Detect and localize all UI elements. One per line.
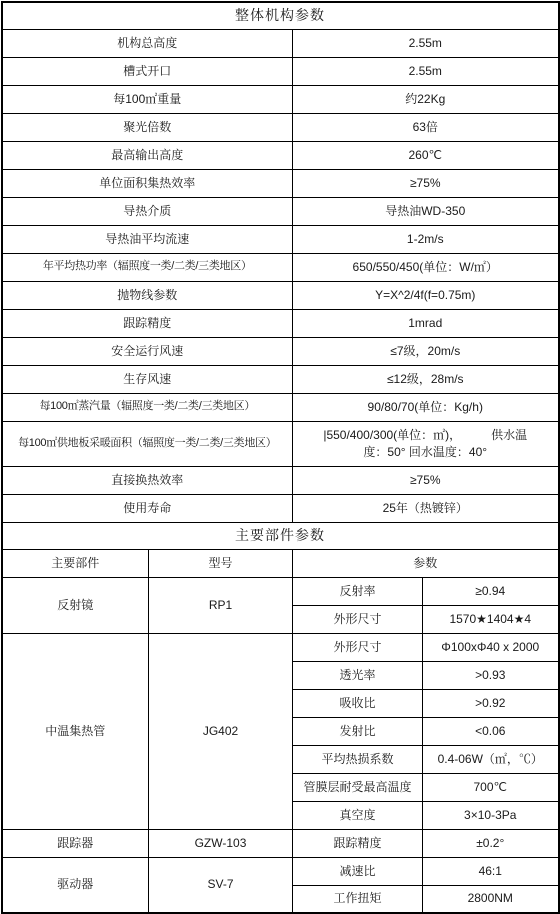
section2-header-row: 主要部件 型号 参数 [2,549,559,577]
spec-value: 1-2m/s [293,225,559,253]
component-name: 反射镜 [2,577,149,633]
spec-value: 2.55m [293,29,559,57]
spec-value: ≤7级，20m/s [293,337,559,365]
param-label: 工作扭矩 [293,885,423,913]
spec-row: 每100㎡蒸汽量（辐照度一类/二类/三类地区） 90/80/70(单位：Kg/h… [2,393,559,421]
spec-value: 约22Kg [293,85,559,113]
spec-label: 最高输出高度 [2,141,293,169]
spec-label: 生存风速 [2,365,293,393]
spec-value: 650/550/450(单位：W/㎡） [293,253,559,281]
spec-label: 导热油平均流速 [2,225,293,253]
param-label: 外形尺寸 [293,605,423,633]
component-row: 中温集热管 JG402 外形尺寸 Φ100xΦ40 x 2000 [2,633,559,661]
header-component: 主要部件 [2,549,149,577]
param-value: 1570★1404★4 [423,605,559,633]
spec-label: 直接换热效率 [2,466,293,494]
spec-row: 机构总高度 2.55m [2,29,559,57]
spec-label: 机构总高度 [2,29,293,57]
component-model: JG402 [149,633,293,829]
spec-value: 63倍 [293,113,559,141]
param-value: 2800NM [423,885,559,913]
spec-table: 整体机构参数 机构总高度 2.55m 槽式开口 2.55m 每100㎡重量 约2… [1,1,560,914]
component-name: 跟踪器 [2,829,149,857]
component-model: RP1 [149,577,293,633]
component-name: 中温集热管 [2,633,149,829]
spec-value: ≥75% [293,466,559,494]
component-model: GZW-103 [149,829,293,857]
param-label: 透光率 [293,661,423,689]
component-row: 反射镜 RP1 反射率 ≥0.94 [2,577,559,605]
spec-label: 每100㎡蒸汽量（辐照度一类/二类/三类地区） [2,393,293,421]
param-label: 管膜层耐受最高温度 [293,773,423,801]
spec-row: 抛物线参数 Y=X^2/4f(f=0.75m) [2,281,559,309]
spec-row: 单位面积集热效率 ≥75% [2,169,559,197]
param-label: 平均热损系数 [293,745,423,773]
spec-label: 单位面积集热效率 [2,169,293,197]
spec-row: 跟踪精度 1mrad [2,309,559,337]
spec-value: 90/80/70(单位：Kg/h) [293,393,559,421]
spec-label: 安全运行风速 [2,337,293,365]
spec-label: 聚光倍数 [2,113,293,141]
component-model: SV-7 [149,857,293,913]
spec-value: Y=X^2/4f(f=0.75m) [293,281,559,309]
spec-label: 导热介质 [2,197,293,225]
param-value: 0.4-06W（㎡，℃） [423,745,559,773]
spec-label: 跟踪精度 [2,309,293,337]
spec-value: ≤12级，28m/s [293,365,559,393]
param-label: 跟踪精度 [293,829,423,857]
spec-row: 最高输出高度 260℃ [2,141,559,169]
spec-row: 每100㎡重量 约22Kg [2,85,559,113]
param-value: Φ100xΦ40 x 2000 [423,633,559,661]
spec-row: 安全运行风速 ≤7级，20m/s [2,337,559,365]
spec-row: 年平均热功率（辐照度一类/二类/三类地区） 650/550/450(单位：W/㎡… [2,253,559,281]
section2-title: 主要部件参数 [2,522,559,549]
spec-row: 导热油平均流速 1-2m/s [2,225,559,253]
spec-value: 2.55m [293,57,559,85]
header-params: 参数 [293,549,559,577]
spec-value: 25年（热镀锌） [293,494,559,522]
section1-title-row: 整体机构参数 [2,2,559,29]
spec-row: 直接换热效率 ≥75% [2,466,559,494]
param-label: 发射比 [293,717,423,745]
component-row: 驱动器 SV-7 减速比 46:1 [2,857,559,885]
param-value: ≥0.94 [423,577,559,605]
param-value: >0.93 [423,661,559,689]
param-label: 吸收比 [293,689,423,717]
section2-title-row: 主要部件参数 [2,522,559,549]
spec-value: 1mrad [293,309,559,337]
spec-sheet: 整体机构参数 机构总高度 2.55m 槽式开口 2.55m 每100㎡重量 约2… [0,1,560,912]
spec-row: 聚光倍数 63倍 [2,113,559,141]
param-value: <0.06 [423,717,559,745]
spec-value: 导热油WD-350 [293,197,559,225]
param-value: 700℃ [423,773,559,801]
param-value: ±0.2° [423,829,559,857]
component-name: 驱动器 [2,857,149,913]
param-value: 46:1 [423,857,559,885]
section1-title: 整体机构参数 [2,2,559,29]
component-row: 跟踪器 GZW-103 跟踪精度 ±0.2° [2,829,559,857]
spec-value: |550/400/300(单位：㎡)， 供水温 度：50° 回水温度：40° [293,421,559,466]
header-model: 型号 [149,549,293,577]
param-label: 减速比 [293,857,423,885]
spec-row: 每100㎡供地板采暖面积（辐照度一类/二类/三类地区） |550/400/300… [2,421,559,466]
spec-row: 导热介质 导热油WD-350 [2,197,559,225]
spec-label: 使用寿命 [2,494,293,522]
spec-label: 每100㎡供地板采暖面积（辐照度一类/二类/三类地区） [2,421,293,466]
param-label: 真空度 [293,801,423,829]
spec-value: 260℃ [293,141,559,169]
param-label: 反射率 [293,577,423,605]
spec-label: 每100㎡重量 [2,85,293,113]
spec-row: 使用寿命 25年（热镀锌） [2,494,559,522]
param-value: 3×10-3Pa [423,801,559,829]
spec-label: 抛物线参数 [2,281,293,309]
spec-row: 槽式开口 2.55m [2,57,559,85]
spec-value: ≥75% [293,169,559,197]
spec-row: 生存风速 ≤12级，28m/s [2,365,559,393]
param-label: 外形尺寸 [293,633,423,661]
spec-label: 年平均热功率（辐照度一类/二类/三类地区） [2,253,293,281]
param-value: >0.92 [423,689,559,717]
spec-label: 槽式开口 [2,57,293,85]
